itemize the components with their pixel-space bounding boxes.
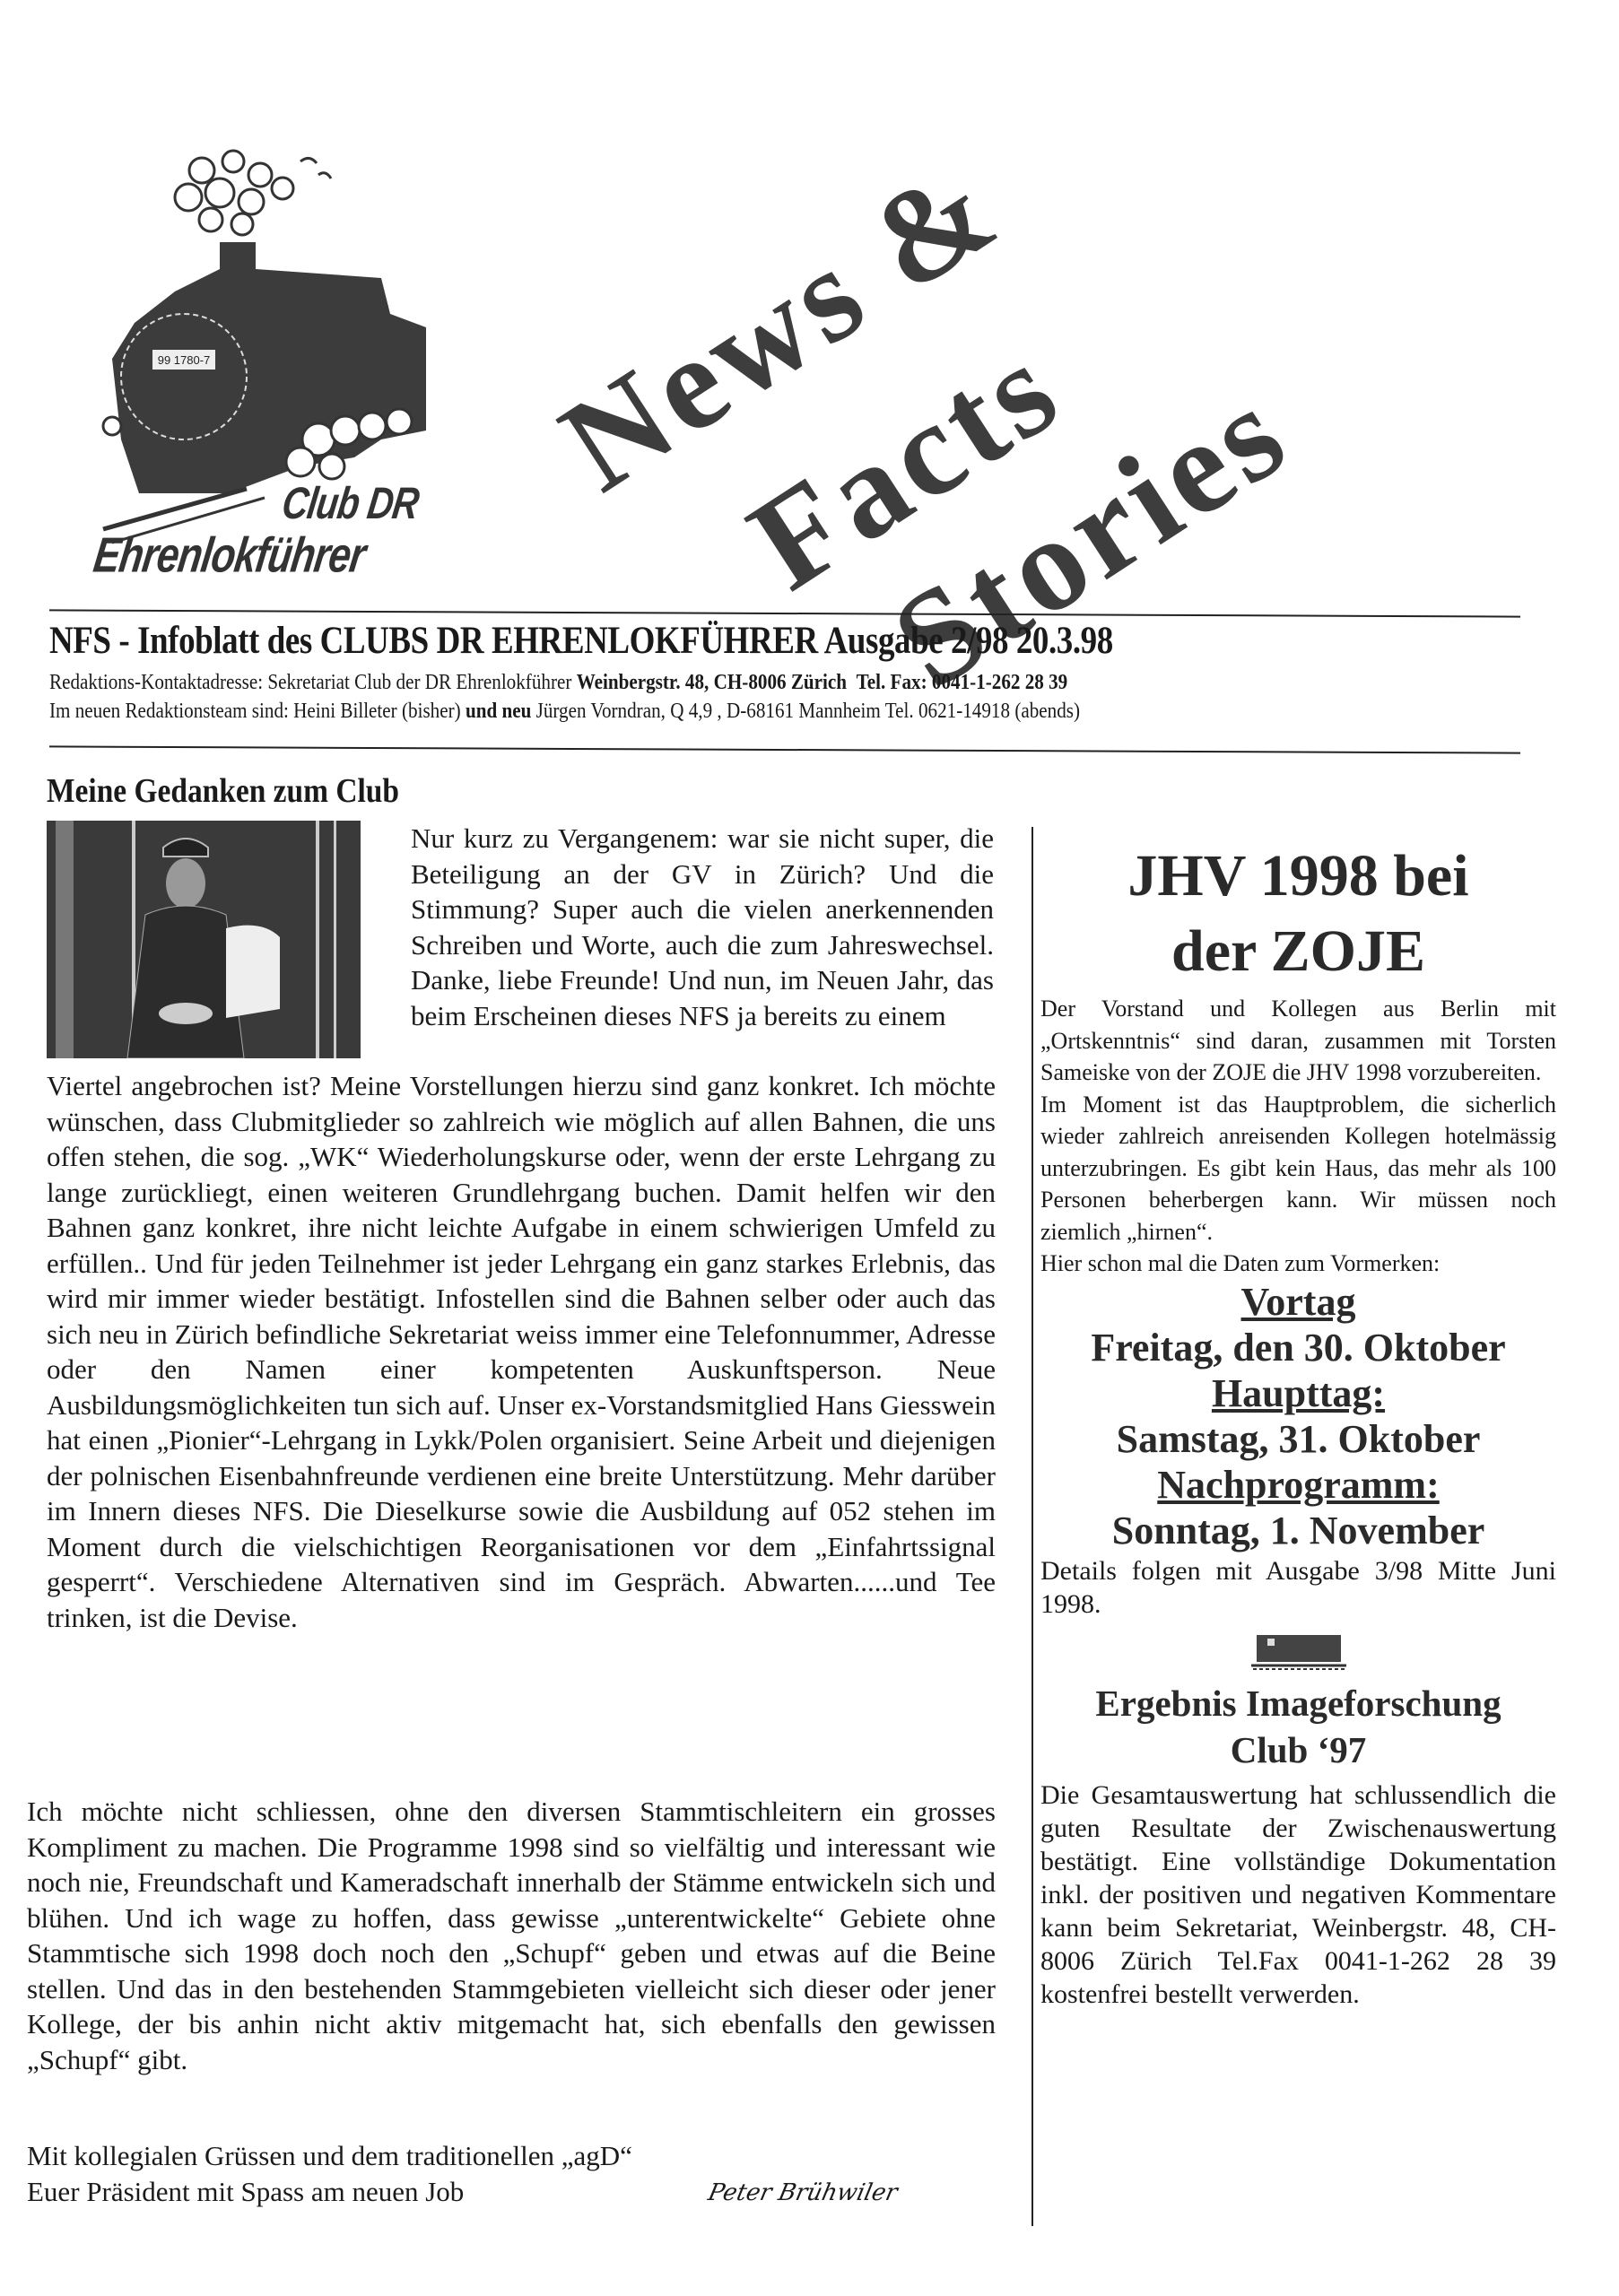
sign-off: Euer Präsident mit Spass am neuen Job — [27, 2176, 464, 2208]
survey-title-line1: Ergebnis Imageforschung — [1040, 1680, 1556, 1726]
team-label: Im neuen Redaktionsteam sind: — [49, 700, 289, 723]
jhv-title-line2: der ZOJE — [1040, 914, 1556, 989]
logo-club-text: Club DR — [279, 479, 422, 529]
team-member-1: Heini Billeter (bisher) — [293, 700, 461, 723]
date-label-haupttag: Haupttag: — [1040, 1371, 1556, 1416]
contact-street: Weinbergstr. 48, CH-8006 Zürich — [577, 671, 847, 694]
article-intro: Nur kurz zu Vergangenem: war sie nicht s… — [411, 821, 994, 1033]
club-logo: 99 1780-7 Club DR Ehrenlokführer — [85, 135, 426, 583]
greeting: Mit kollegialen Grüssen und dem traditio… — [27, 2140, 632, 2172]
team-line: Im neuen Redaktionsteam sind: Heini Bill… — [49, 700, 1080, 724]
jhv-paragraph-1: Der Vorstand und Kollegen aus Berlin mit… — [1040, 993, 1556, 1089]
president-photo — [47, 821, 361, 1058]
survey-text: Die Gesamtauswertung hat schlussendlich … — [1040, 1779, 1556, 2011]
article-closing: Ich möchte nicht schliessen, ohne den di… — [27, 1794, 996, 2077]
contact-phone: Tel. Fax: 0041-1-262 28 39 — [857, 671, 1068, 694]
contact-line: Redaktions-Kontaktadresse: Sekretariat C… — [49, 671, 1067, 695]
details-note: Details folgen mit Ausgabe 3/98 Mitte Ju… — [1040, 1554, 1556, 1621]
column-divider — [1031, 827, 1033, 2226]
svg-text:99 1780-7: 99 1780-7 — [158, 353, 211, 367]
team-and-new: und neu — [466, 700, 531, 723]
signature: Peter Brühwiler — [706, 2179, 900, 2206]
portrait-image — [47, 821, 361, 1058]
logo-name-text: Ehrenlokführer — [91, 528, 369, 585]
date-haupttag: Samstag, 31. Oktober — [1040, 1416, 1556, 1463]
article-body: Viertel angebrochen ist? Meine Vorstellu… — [47, 1068, 996, 1635]
article-title: Meine Gedanken zum Club — [47, 771, 399, 811]
date-vortag: Freitag, den 30. Oktober — [1040, 1325, 1556, 1371]
jhv-title-line1: JHV 1998 bei — [1040, 839, 1556, 914]
sidebar: JHV 1998 bei der ZOJE Der Vorstand und K… — [1040, 839, 1556, 2011]
newsletter-title: NFS - Infoblatt des CLUBS DR EHRENLOKFÜH… — [49, 619, 1113, 663]
survey-title-line2: Club ‘97 — [1040, 1726, 1556, 1773]
jhv-paragraph-3: Hier schon mal die Daten zum Vormerken: — [1040, 1248, 1556, 1280]
team-member-2: Jürgen Vorndran, Q 4,9 , D-68161 Mannhei… — [536, 700, 1080, 723]
contact-label: Redaktions-Kontaktadresse: — [49, 671, 263, 694]
date-label-vortag: Vortag — [1040, 1280, 1556, 1325]
header-top-rule — [49, 609, 1520, 617]
date-nachprogramm: Sonntag, 1. November — [1040, 1508, 1556, 1554]
train-icon — [1249, 1631, 1348, 1673]
masthead-news-facts-stories: News & Facts Stories — [574, 135, 1579, 565]
contact-address: Sekretariat Club der DR Ehrenlokführer — [267, 671, 571, 694]
header-bottom-rule — [49, 745, 1520, 753]
date-label-nachprogramm: Nachprogramm: — [1040, 1463, 1556, 1508]
jhv-paragraph-2: Im Moment ist das Hauptproblem, die sich… — [1040, 1089, 1556, 1248]
jhv-dates: Vortag Freitag, den 30. Oktober Haupttag… — [1040, 1280, 1556, 1554]
